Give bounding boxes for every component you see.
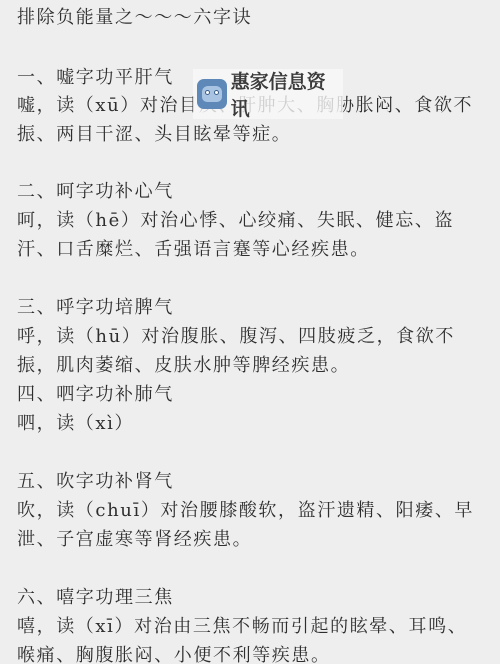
section-body-3-line-2: 振，肌肉萎缩、皮肤水肿等脾经疾患。	[17, 355, 350, 377]
document-title: 排除负能量之～～～六字诀	[17, 7, 252, 29]
section-body-5-line-2: 泄、子宫虚寒等肾经疾患。	[17, 529, 252, 551]
section-body-6-line-2: 喉痛、胸腹胀闷、小便不利等疾患。	[17, 645, 331, 664]
section-body-6-line-1: 嘻，读（xī）对治由三焦不畅而引起的眩晕、耳鸣、	[17, 616, 467, 638]
robot-logo-icon	[197, 79, 227, 109]
section-body-5-line-1: 吹，读（chuī）对治腰膝酸软，盗汗遗精、阳痿、早	[17, 500, 474, 522]
section-heading-1: 一、嘘字功平肝气	[17, 67, 174, 89]
section-body-4-line-1: 呬，读（xì）	[17, 413, 134, 435]
section-body-2-line-1: 呵，读（hē）对治心悸、心绞痛、失眠、健忘、盗	[17, 210, 454, 232]
section-heading-6: 六、嘻字功理三焦	[17, 587, 174, 609]
section-body-3-line-1: 呼，读（hū）对治腹胀、腹泻、四肢疲乏，食欲不	[17, 326, 455, 348]
section-heading-2: 二、呵字功补心气	[17, 181, 174, 203]
watermark-text: 惠家信息资讯	[231, 67, 343, 121]
section-heading-5: 五、吹字功补肾气	[17, 471, 174, 493]
section-body-2-line-2: 汗、口舌糜烂、舌强语言蹇等心经疾患。	[17, 239, 370, 261]
section-heading-4: 四、呬字功补肺气	[17, 384, 174, 406]
watermark: 惠家信息资讯	[193, 69, 343, 119]
section-heading-3: 三、呼字功培脾气	[17, 297, 174, 319]
section-body-1-line-2: 振、两目干涩、头目眩晕等症。	[17, 124, 291, 146]
